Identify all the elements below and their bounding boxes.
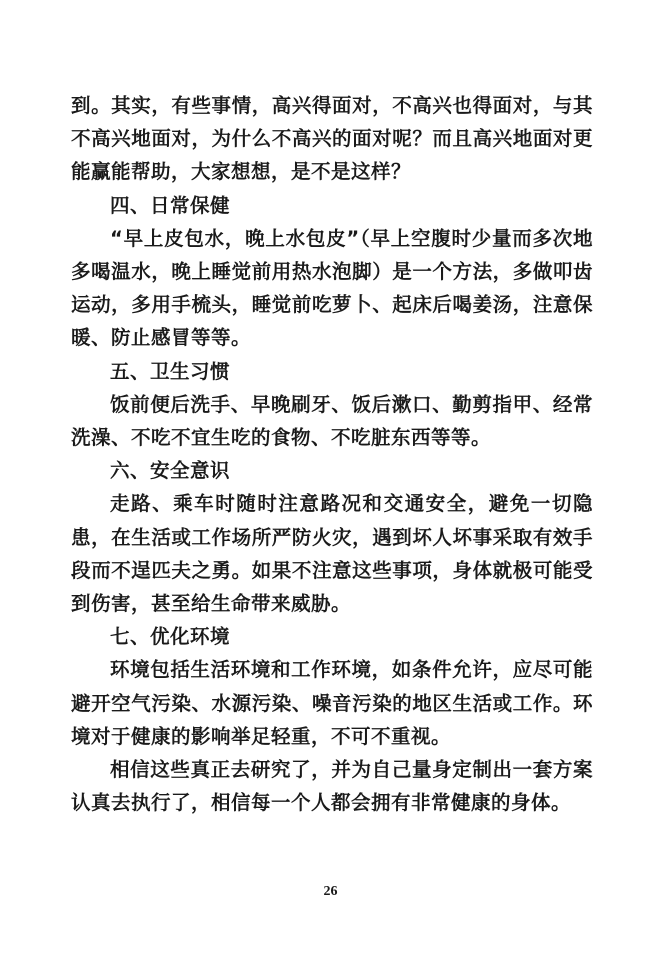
paragraph-daily-care: “早上皮包水，晚上水包皮”（早上空腹时少量而多次地多喝温水，晚上睡觉前用热水泡脚… — [71, 222, 593, 355]
paragraph-safety: 走路、乘车时随时注意路况和交通安全，避免一切隐患，在生活或工作场所严防火灾，遇到… — [71, 487, 593, 620]
page-number: 26 — [0, 884, 661, 900]
page-body: 到。其实，有些事情，高兴得面对，不高兴也得面对，与其不高兴地面对，为什么不高兴的… — [71, 89, 593, 819]
section-heading-daily-care: 四、日常保健 — [71, 189, 593, 222]
section-heading-safety: 六、安全意识 — [71, 454, 593, 487]
paragraph-hygiene: 饭前便后洗手、早晚刷牙、饭后漱口、勤剪指甲、经常洗澡、不吃不宜生吃的食物、不吃脏… — [71, 388, 593, 454]
section-heading-hygiene: 五、卫生习惯 — [71, 355, 593, 388]
paragraph-environment: 环境包括生活环境和工作环境，如条件允许，应尽可能避开空气污染、水源污染、噪音污染… — [71, 653, 593, 753]
section-heading-environment: 七、优化环境 — [71, 620, 593, 653]
paragraph-conclusion: 相信这些真正去研究了，并为自己量身定制出一套方案认真去执行了，相信每一个人都会拥… — [71, 753, 593, 819]
paragraph-continuation: 到。其实，有些事情，高兴得面对，不高兴也得面对，与其不高兴地面对，为什么不高兴的… — [71, 89, 593, 189]
